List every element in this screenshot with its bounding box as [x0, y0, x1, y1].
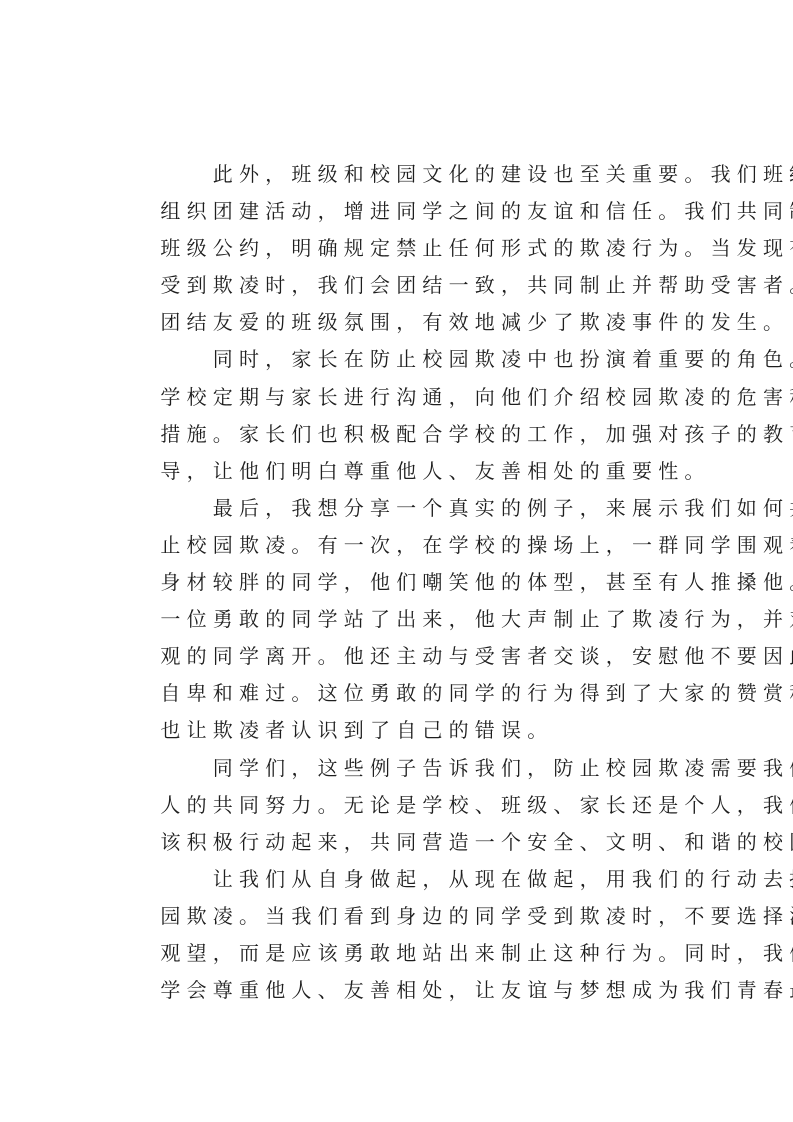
text-line: 园欺凌。当我们看到身边的同学受到欺凌时，不要选择沉默或: [108, 898, 688, 935]
text-line: 身材较胖的同学，他们嘲笑他的体型，甚至有人推搡他。这时，: [108, 564, 688, 601]
paragraph-joint-effort: 同学们，这些例子告诉我们，防止校园欺凌需要我们每个 人的共同努力。无论是学校、班…: [108, 750, 688, 861]
paragraph-real-example: 最后，我想分享一个真实的例子，来展示我们如何共同防 止校园欺凌。有一次，在学校的…: [108, 490, 688, 750]
text-line: 也让欺凌者认识到了自己的错误。: [108, 712, 688, 749]
text-line: 受到欺凌时，我们会团结一致，共同制止并帮助受害者。这种: [108, 267, 688, 304]
text-line: 观的同学离开。他还主动与受害者交谈，安慰他不要因此感到: [108, 638, 688, 675]
text-line: 让我们从自身做起，从现在做起，用我们的行动去抵制校: [108, 861, 688, 898]
text-line: 一位勇敢的同学站了出来，他大声制止了欺凌行为，并劝说围: [108, 601, 688, 638]
text-line: 学会尊重他人、友善相处，让友谊与梦想成为我们青春最美的: [108, 972, 688, 1009]
paragraph-parents-role: 同时，家长在防止校园欺凌中也扮演着重要的角色。我们 学校定期与家长进行沟通，向他…: [108, 341, 688, 489]
text-line: 人的共同努力。无论是学校、班级、家长还是个人，我们都应: [108, 787, 688, 824]
text-line: 同学们，这些例子告诉我们，防止校园欺凌需要我们每个: [108, 750, 688, 787]
text-line: 观望，而是应该勇敢地站出来制止这种行为。同时，我们也要: [108, 935, 688, 972]
text-line: 同时，家长在防止校园欺凌中也扮演着重要的角色。我们: [108, 341, 688, 378]
text-line: 最后，我想分享一个真实的例子，来展示我们如何共同防: [108, 490, 688, 527]
text-line: 止校园欺凌。有一次，在学校的操场上，一群同学围观着一位: [108, 527, 688, 564]
paragraph-class-culture: 此外，班级和校园文化的建设也至关重要。我们班级经常 组织团建活动，增进同学之间的…: [108, 156, 688, 341]
text-line: 该积极行动起来，共同营造一个安全、文明、和谐的校园环境。: [108, 824, 688, 861]
paragraph-call-to-action: 让我们从自身做起，从现在做起，用我们的行动去抵制校 园欺凌。当我们看到身边的同学…: [108, 861, 688, 1009]
text-line: 组织团建活动，增进同学之间的友谊和信任。我们共同制定了: [108, 193, 688, 230]
text-line: 措施。家长们也积极配合学校的工作，加强对孩子的教育和引: [108, 416, 688, 453]
document-page: 此外，班级和校园文化的建设也至关重要。我们班级经常 组织团建活动，增进同学之间的…: [108, 156, 688, 1009]
text-line: 班级公约，明确规定禁止任何形式的欺凌行为。当发现有同学: [108, 230, 688, 267]
text-line: 此外，班级和校园文化的建设也至关重要。我们班级经常: [108, 156, 688, 193]
text-line: 导，让他们明白尊重他人、友善相处的重要性。: [108, 453, 688, 490]
text-line: 团结友爱的班级氛围，有效地减少了欺凌事件的发生。: [108, 304, 688, 341]
text-line: 自卑和难过。这位勇敢的同学的行为得到了大家的赞赏和支持，: [108, 675, 688, 712]
text-line: 学校定期与家长进行沟通，向他们介绍校园欺凌的危害和预防: [108, 379, 688, 416]
